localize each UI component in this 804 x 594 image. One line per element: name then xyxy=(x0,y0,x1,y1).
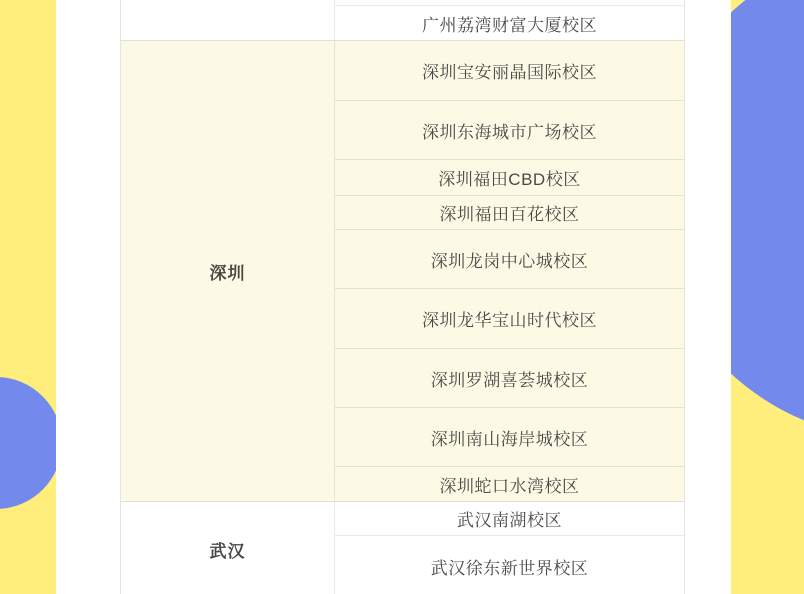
campus-row: 深圳福田百花校区 xyxy=(335,195,684,229)
left-decor-band xyxy=(0,0,56,594)
campus-row: 深圳南山海岸城校区 xyxy=(335,407,684,466)
campus-rows-column: 深圳宝安丽晶国际校区深圳东海城市广场校区深圳福田CBD校区深圳福田百花校区深圳龙… xyxy=(335,41,684,501)
right-decor-band xyxy=(731,0,804,594)
campus-rows-column: 广州荔湾财富大厦校区 xyxy=(335,0,684,40)
campus-row: 深圳东海城市广场校区 xyxy=(335,100,684,159)
blue-circle-left xyxy=(0,377,56,509)
campus-row: 深圳福田CBD校区 xyxy=(335,159,684,195)
campus-row: 深圳宝安丽晶国际校区 xyxy=(335,41,684,100)
city-label: 武汉 xyxy=(121,502,335,594)
campus-row: 深圳罗湖喜荟城校区 xyxy=(335,348,684,407)
campus-row: 广州荔湾财富大厦校区 xyxy=(335,5,684,40)
city-section: 武汉武汉南湖校区武汉徐东新世界校区 xyxy=(121,502,684,594)
campus-table: 广州荔湾财富大厦校区深圳深圳宝安丽晶国际校区深圳东海城市广场校区深圳福田CBD校… xyxy=(120,0,685,594)
city-section: 深圳深圳宝安丽晶国际校区深圳东海城市广场校区深圳福田CBD校区深圳福田百花校区深… xyxy=(121,41,684,502)
city-label: 深圳 xyxy=(121,41,335,501)
blue-circle-right xyxy=(731,0,804,439)
campus-row: 深圳蛇口水湾校区 xyxy=(335,466,684,501)
campus-row: 武汉徐东新世界校区 xyxy=(335,535,684,594)
city-label-cropped xyxy=(121,0,335,40)
campus-rows-column: 武汉南湖校区武汉徐东新世界校区 xyxy=(335,502,684,594)
campus-row: 深圳龙华宝山时代校区 xyxy=(335,288,684,348)
city-section: 广州荔湾财富大厦校区 xyxy=(121,0,684,41)
campus-row: 武汉南湖校区 xyxy=(335,502,684,535)
page: 广州荔湾财富大厦校区深圳深圳宝安丽晶国际校区深圳东海城市广场校区深圳福田CBD校… xyxy=(0,0,804,594)
campus-row: 深圳龙岗中心城校区 xyxy=(335,229,684,288)
